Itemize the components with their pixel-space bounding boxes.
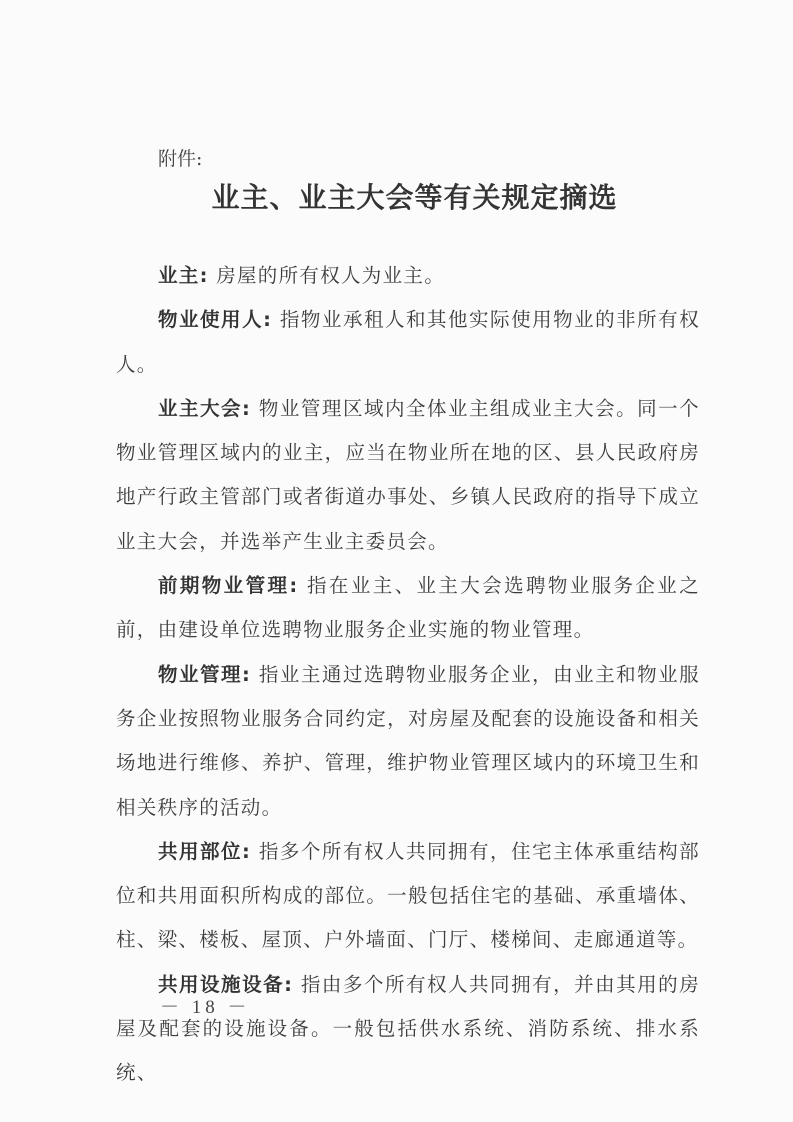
document-page: 附件: 业主、业主大会等有关规定摘选 业主: 房屋的所有权人为业主。 物业使用人… [0,0,793,1122]
definition-common-facilities: 共用设施设备: 指由多个所有权人共同拥有，并由其用的房屋及配套的设施设备。一般包… [116,963,700,1096]
document-body: 业主: 房屋的所有权人为业主。 物业使用人: 指物业承租人和其他实际使用物业的非… [116,254,700,1096]
definition-owners-assembly: 业主大会: 物业管理区域内全体业主组成业主大会。同一个物业管理区域内的业主，应当… [116,387,700,564]
definition-term: 物业使用人: [158,308,272,331]
definition-text: 指业主通过选聘物业服务企业，由业主和物业服务企业按照物业服务合同约定，对房屋及配… [116,663,700,819]
definition-common-parts: 共用部位: 指多个所有权人共同拥有，住宅主体承重结构部位和共用面积所构成的部位。… [116,830,700,963]
definition-owner: 业主: 房屋的所有权人为业主。 [116,254,700,298]
document-title: 业主、业主大会等有关规定摘选 [0,176,793,216]
definition-term: 共用部位: [158,840,251,863]
definition-term: 前期物业管理: [158,574,298,597]
definition-preliminary-management: 前期物业管理: 指在业主、业主大会选聘物业服务企业之前，由建设单位选聘物业服务企… [116,564,700,653]
definition-term: 业主: [158,264,209,287]
definition-term: 业主大会: [158,397,251,420]
definition-term: 物业管理: [158,663,251,686]
definition-property-user: 物业使用人: 指物业承租人和其他实际使用物业的非所有权人。 [116,298,700,387]
definition-text: 房屋的所有权人为业主。 [209,264,445,287]
definition-property-management: 物业管理: 指业主通过选聘物业服务企业，由业主和物业服务企业按照物业服务合同约定… [116,653,700,830]
page-number: － 18 － [160,992,251,1019]
attachment-label: 附件: [158,144,202,171]
definition-text: 物业管理区域内全体业主组成业主大会。同一个物业管理区域内的业主，应当在物业所在地… [116,397,700,553]
